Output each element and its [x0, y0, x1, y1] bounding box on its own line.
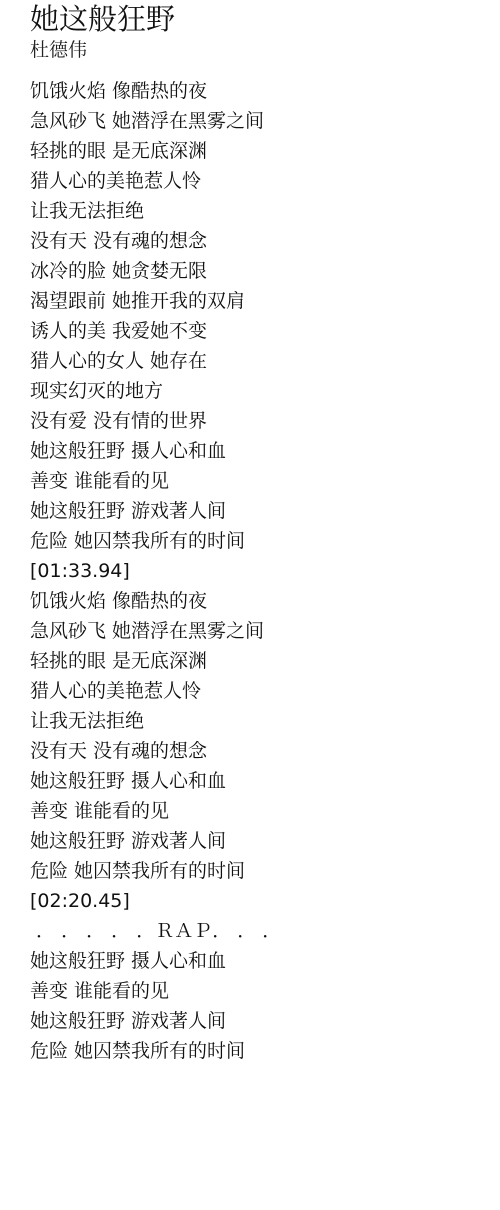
lyric-line: 善变 谁能看的见 [30, 976, 500, 1006]
lyric-line: 没有天 没有魂的想念 [30, 226, 500, 256]
lyric-line: 她这般狂野 摄人心和血 [30, 766, 500, 796]
lyric-line: 猎人心的美艳惹人怜 [30, 676, 500, 706]
lyric-line: 她这般狂野 摄人心和血 [30, 946, 500, 976]
lyric-line: 她这般狂野 游戏著人间 [30, 1006, 500, 1036]
lyric-line: 急风砂飞 她潜浮在黑雾之间 [30, 106, 500, 136]
lyric-line: 她这般狂野 游戏著人间 [30, 496, 500, 526]
lyric-line: 诱人的美 我爱她不变 [30, 316, 500, 346]
lyric-line: 善变 谁能看的见 [30, 466, 500, 496]
lyric-line: 轻挑的眼 是无底深渊 [30, 136, 500, 166]
lyric-line: 没有爱 没有情的世界 [30, 406, 500, 436]
lyric-line: 渴望跟前 她推开我的双肩 [30, 286, 500, 316]
lyric-line: 她这般狂野 游戏著人间 [30, 826, 500, 856]
lyric-line: 现实幻灭的地方 [30, 376, 500, 406]
lyric-line: 危险 她囚禁我所有的时间 [30, 526, 500, 556]
lyric-line: 猎人心的美艳惹人怜 [30, 166, 500, 196]
lyric-line: 让我无法拒绝 [30, 706, 500, 736]
lyric-line: 让我无法拒绝 [30, 196, 500, 226]
lyric-line: 她这般狂野 摄人心和血 [30, 436, 500, 466]
lyric-line: 危险 她囚禁我所有的时间 [30, 856, 500, 886]
lyric-line: [02:20.45] [30, 886, 500, 916]
artist-name: 杜德伟 [30, 36, 500, 64]
lyric-line: 急风砂飞 她潜浮在黑雾之间 [30, 616, 500, 646]
lyric-line: ． ． ． ． ．ＲＡＰ． ． ． [30, 916, 500, 946]
lyric-line: 冰冷的脸 她贪婪无限 [30, 256, 500, 286]
lyric-line: 危险 她囚禁我所有的时间 [30, 1036, 500, 1066]
lyric-line: 猎人心的女人 她存在 [30, 346, 500, 376]
lyric-line: [01:33.94] [30, 556, 500, 586]
lyric-line: 饥饿火焰 像酷热的夜 [30, 76, 500, 106]
lyrics-page: 她这般狂野 杜德伟 饥饿火焰 像酷热的夜急风砂飞 她潜浮在黑雾之间轻挑的眼 是无… [0, 0, 500, 1066]
lyric-line: 轻挑的眼 是无底深渊 [30, 646, 500, 676]
lyrics-body: 饥饿火焰 像酷热的夜急风砂飞 她潜浮在黑雾之间轻挑的眼 是无底深渊猎人心的美艳惹… [30, 76, 500, 1066]
lyric-line: 善变 谁能看的见 [30, 796, 500, 826]
lyric-line: 饥饿火焰 像酷热的夜 [30, 586, 500, 616]
song-title: 她这般狂野 [30, 0, 500, 37]
lyric-line: 没有天 没有魂的想念 [30, 736, 500, 766]
